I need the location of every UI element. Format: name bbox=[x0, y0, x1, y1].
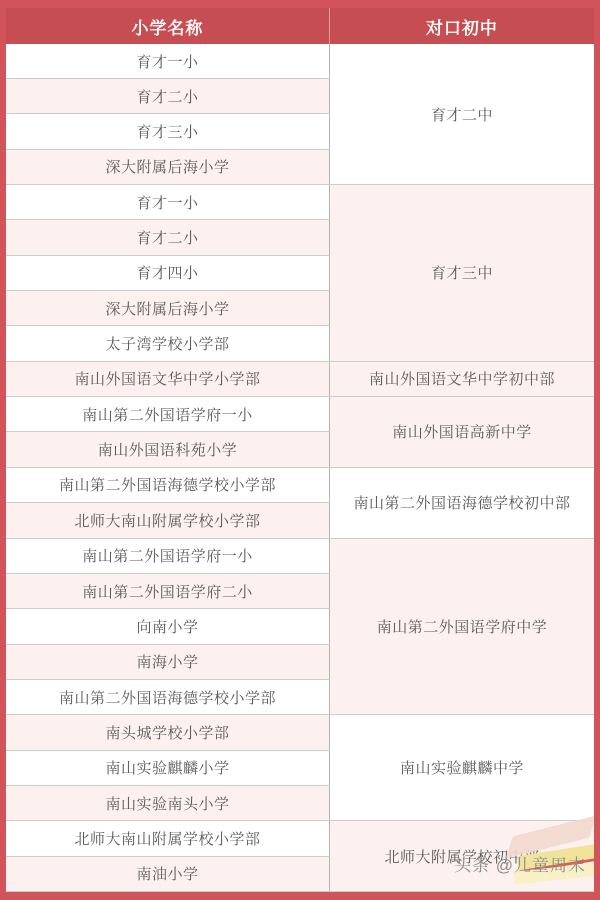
middle-school-cell: 南山外国语文华中学初中部 bbox=[329, 361, 594, 396]
table-row: 南山第二外国语海德学校小学部南山第二外国语海德学校初中部 bbox=[6, 467, 594, 502]
primary-school-cell: 育才二小 bbox=[6, 220, 329, 255]
primary-school-cell: 育才四小 bbox=[6, 255, 329, 290]
table-row: 育才一小育才三中 bbox=[6, 185, 594, 220]
school-mapping-table: 小学名称 对口初中 育才一小育才二中育才二小育才三小深大附属后海小学育才一小育才… bbox=[6, 8, 594, 892]
primary-school-cell: 育才二小 bbox=[6, 79, 329, 114]
primary-school-cell: 南头城学校小学部 bbox=[6, 715, 329, 750]
primary-school-cell: 南山第二外国语学府一小 bbox=[6, 397, 329, 432]
primary-school-cell: 育才三小 bbox=[6, 114, 329, 149]
table-row: 南头城学校小学部南山实验麒麟中学 bbox=[6, 715, 594, 750]
primary-school-cell: 北师大南山附属学校小学部 bbox=[6, 821, 329, 856]
primary-school-cell: 向南小学 bbox=[6, 609, 329, 644]
middle-school-cell: 南山第二外国语学府中学 bbox=[329, 538, 594, 715]
primary-school-cell: 南山第二外国语海德学校小学部 bbox=[6, 467, 329, 502]
primary-school-cell: 育才一小 bbox=[6, 44, 329, 79]
table-row: 育才一小育才二中 bbox=[6, 44, 594, 79]
table-row: 南山外国语文华中学小学部南山外国语文华中学初中部 bbox=[6, 361, 594, 396]
primary-school-cell: 北师大南山附属学校小学部 bbox=[6, 503, 329, 538]
primary-school-cell: 深大附属后海小学 bbox=[6, 291, 329, 326]
primary-school-cell: 南山外国语文华中学小学部 bbox=[6, 361, 329, 396]
middle-school-cell: 北师大附属学校初中部 bbox=[329, 821, 594, 892]
primary-school-cell: 深大附属后海小学 bbox=[6, 149, 329, 184]
primary-school-cell: 育才一小 bbox=[6, 185, 329, 220]
middle-school-cell: 南山实验麒麟中学 bbox=[329, 715, 594, 821]
table-row: 南山第二外国语学府一小南山外国语高新中学 bbox=[6, 397, 594, 432]
header-row: 小学名称 对口初中 bbox=[6, 8, 594, 44]
primary-school-cell: 南山外国语科苑小学 bbox=[6, 432, 329, 467]
primary-school-cell: 南山实验麒麟小学 bbox=[6, 750, 329, 785]
middle-school-cell: 南山第二外国语海德学校初中部 bbox=[329, 467, 594, 538]
primary-school-cell: 南山第二外国语海德学校小学部 bbox=[6, 679, 329, 714]
middle-school-cell: 育才三中 bbox=[329, 185, 594, 362]
primary-school-cell: 南海小学 bbox=[6, 644, 329, 679]
middle-school-cell: 南山外国语高新中学 bbox=[329, 397, 594, 468]
table-row: 北师大南山附属学校小学部北师大附属学校初中部 bbox=[6, 821, 594, 856]
school-mapping-table-frame: 小学名称 对口初中 育才一小育才二中育才二小育才三小深大附属后海小学育才一小育才… bbox=[0, 0, 600, 900]
column-header-middle-school: 对口初中 bbox=[329, 8, 594, 44]
primary-school-cell: 太子湾学校小学部 bbox=[6, 326, 329, 361]
primary-school-cell: 南山实验南头小学 bbox=[6, 785, 329, 820]
primary-school-cell: 南山第二外国语学府二小 bbox=[6, 573, 329, 608]
column-header-primary-school: 小学名称 bbox=[6, 8, 329, 44]
table-body: 育才一小育才二中育才二小育才三小深大附属后海小学育才一小育才三中育才二小育才四小… bbox=[6, 44, 594, 892]
primary-school-cell: 南山第二外国语学府一小 bbox=[6, 538, 329, 573]
table-row: 南山第二外国语学府一小南山第二外国语学府中学 bbox=[6, 538, 594, 573]
primary-school-cell: 南油小学 bbox=[6, 856, 329, 891]
middle-school-cell: 育才二中 bbox=[329, 44, 594, 185]
